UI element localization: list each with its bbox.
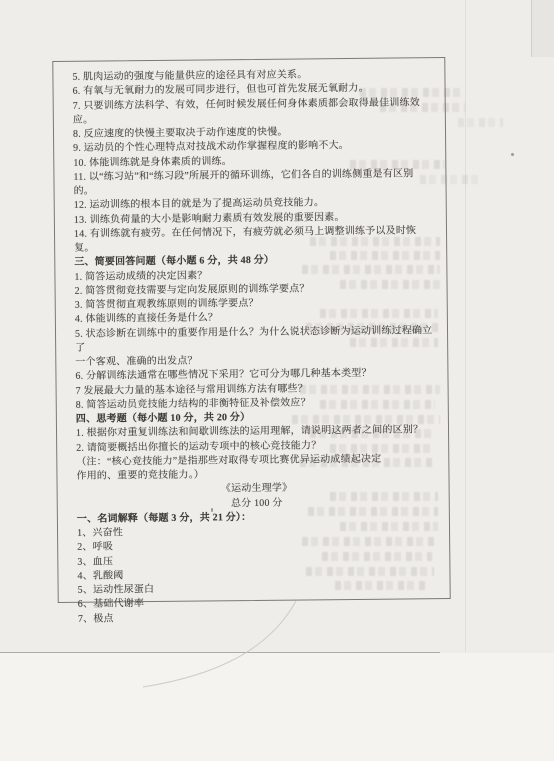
scan-edge-band [531,0,554,57]
fold-line-artifact [465,0,466,652]
scanned-exam-page: { "doc": { "judgment": [ "5. 肌肉运动的强度与能量供… [0,0,554,761]
paper-edge-line [0,652,440,653]
exam-content: 5. 肌肉运动的强度与能量供应的途径具有对应关系。 6. 有氧与无氧耐力的发展可… [53,58,449,602]
exam-frame: 5. 肌肉运动的强度与能量供应的途径具有对应关系。 6. 有氧与无氧耐力的发展可… [52,57,450,603]
judgment-item: 7. 只要训练方法科学、有效，任何时候发展任何身体素质都会取得最佳训练效应。 [73,96,433,128]
short-answer-item: 5. 状态诊断在训练中的重要作用是什么？为什么说状态诊断为运动训练过程确立了 [75,324,435,356]
paper-lower-sheet [0,653,554,761]
judgment-item: 11. 以“练习站”和“练习段”所展开的循环训练，它们各自的训练侧重是有区别的。 [73,167,433,199]
stray-mark [511,153,514,156]
judgment-item: 14. 有训练就有疲劳。在任何情况下，有疲劳就必须马上调整训练予以及时恢复。 [74,224,434,256]
